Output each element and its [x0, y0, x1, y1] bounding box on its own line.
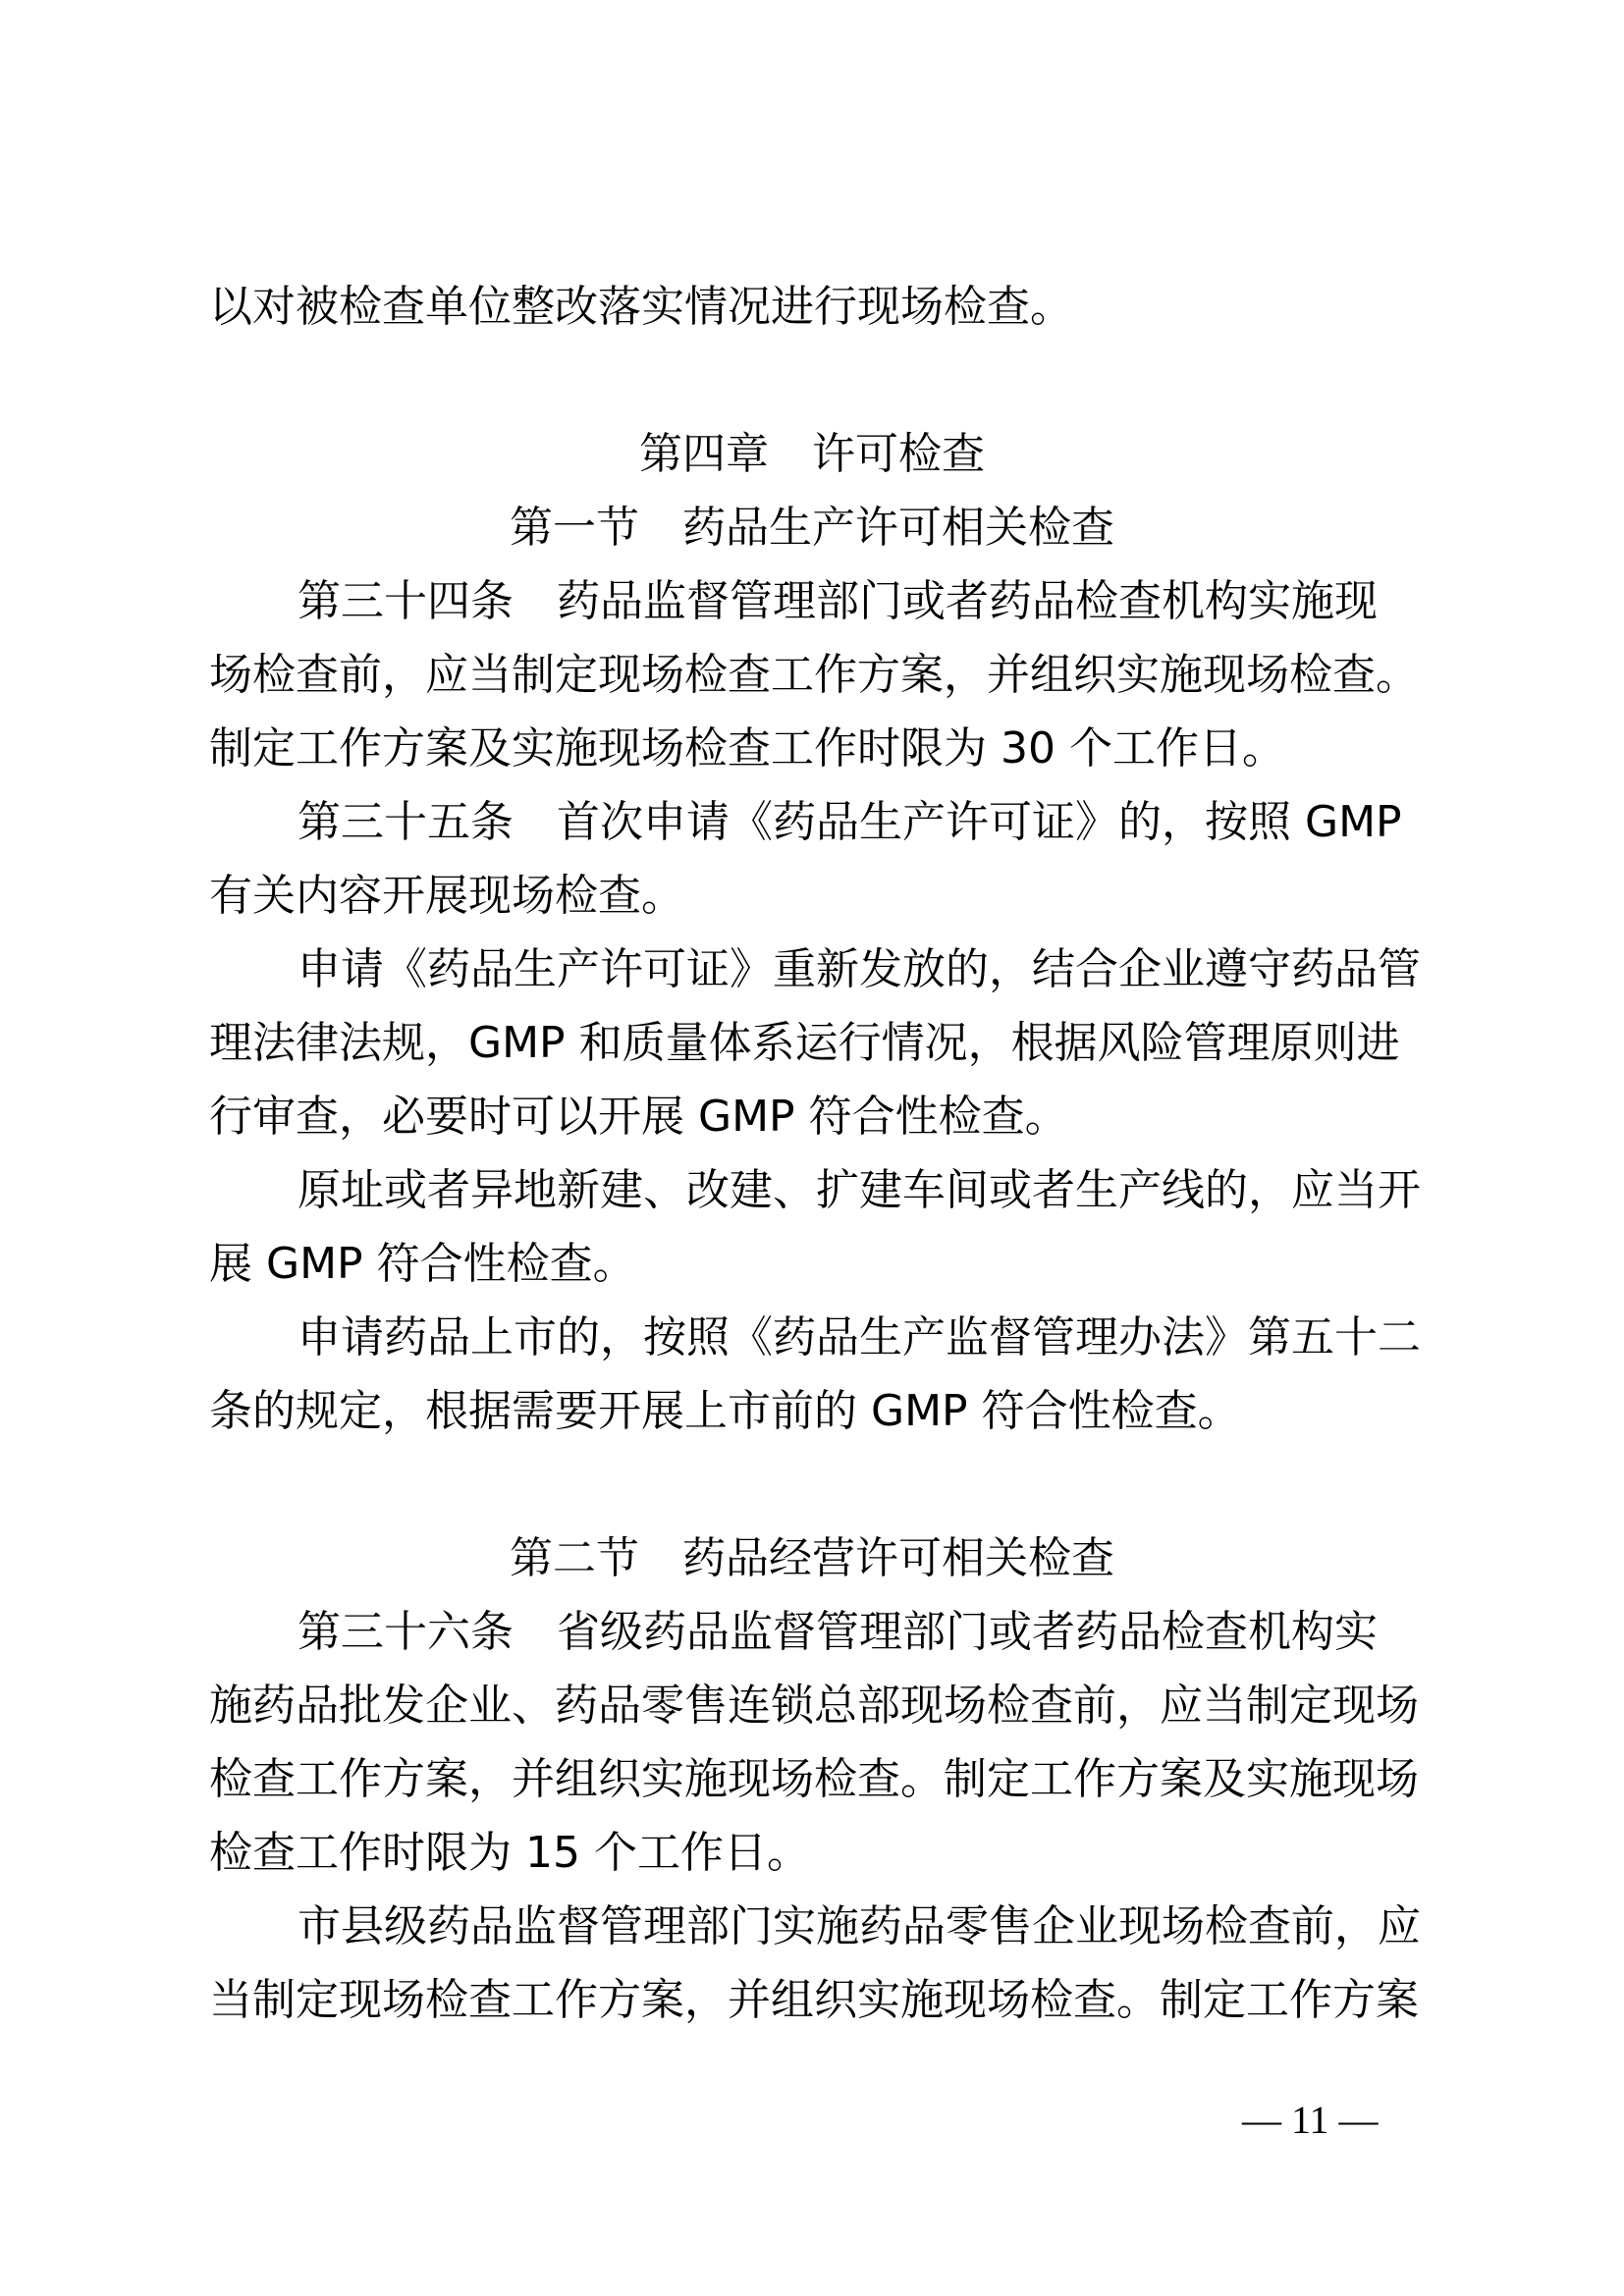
paragraph-line: 以对被检查单位整改落实情况进行现场检查。	[209, 278, 1427, 337]
paragraph-line: 场检查前，应当制定现场检查工作方案，并组织实施现场检查。	[209, 646, 1427, 705]
paragraph-line: 当制定现场检查工作方案，并组织实施现场检查。制定工作方案	[209, 1971, 1427, 2030]
paragraph-line: 行审查，必要时可以开展 GMP 符合性检查。	[209, 1088, 1427, 1147]
article-36-line: 第三十六条 省级药品监督管理部门或者药品检查机构实	[298, 1603, 1515, 1662]
paragraph-line: 条的规定，根据需要开展上市前的 GMP 符合性检查。	[209, 1382, 1427, 1441]
paragraph-line: 检查工作时限为 15 个工作日。	[209, 1824, 1427, 1883]
paragraph-line: 申请药品上市的，按照《药品生产监督管理办法》第五十二	[298, 1308, 1515, 1367]
paragraph-line: 原址或者异地新建、改建、扩建车间或者生产线的，应当开	[298, 1161, 1515, 1220]
paragraph-line: 申请《药品生产许可证》重新发放的，结合企业遵守药品管	[298, 940, 1515, 999]
paragraph-line: 理法律法规，GMP 和质量体系运行情况，根据风险管理原则进	[209, 1014, 1427, 1073]
paragraph-line: 有关内容开展现场检查。	[209, 867, 1427, 926]
article-35-line: 第三十五条 首次申请《药品生产许可证》的，按照 GMP	[298, 793, 1515, 852]
paragraph-line: 施药品批发企业、药品零售连锁总部现场检查前，应当制定现场	[209, 1677, 1427, 1735]
paragraph-line: 检查工作方案，并组织实施现场检查。制定工作方案及实施现场	[209, 1750, 1427, 1809]
paragraph-line: 展 GMP 符合性检查。	[209, 1235, 1427, 1294]
page-number: — 11 —	[1242, 2097, 1379, 2143]
paragraph-line: 制定工作方案及实施现场检查工作时限为 30 个工作日。	[209, 720, 1427, 778]
section-heading: 第二节 药品经营许可相关检查	[0, 1529, 1624, 1588]
article-34-line: 第三十四条 药品监督管理部门或者药品检查机构实施现	[298, 572, 1515, 631]
paragraph-line: 市县级药品监督管理部门实施药品零售企业现场检查前，应	[298, 1897, 1515, 1956]
section-heading: 第一节 药品生产许可相关检查	[0, 499, 1624, 558]
chapter-heading: 第四章 许可检查	[0, 425, 1624, 484]
